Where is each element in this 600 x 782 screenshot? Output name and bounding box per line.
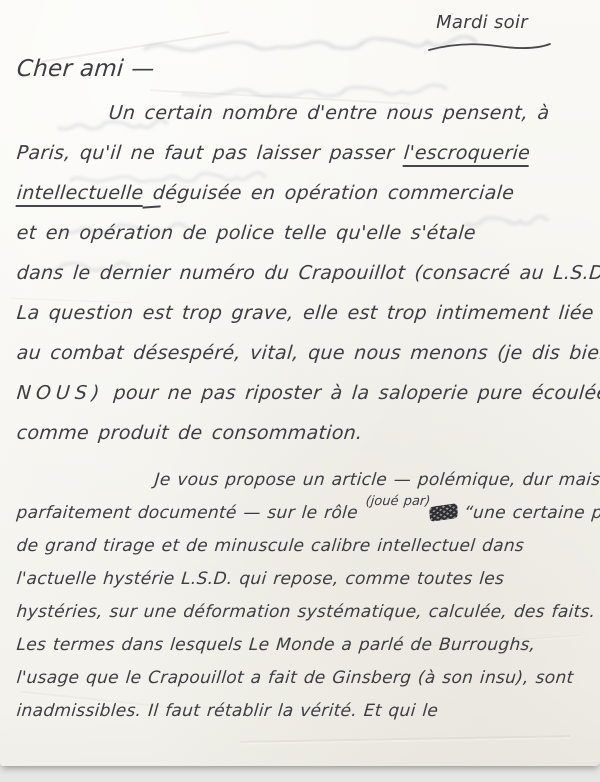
letter-paper-sheet: Mardi soir Cher ami — Un certain nombre … [0,0,600,766]
handwritten-line: hystéries, sur une déformation systémati… [15,602,598,635]
handwritten-line: NOUS) pour ne pas riposter à la saloperi… [14,382,597,422]
handwritten-line: Paris, qu'il ne faut pas laisser passer … [14,142,597,182]
handwritten-line: Les termes dans lesquels Le Monde a parl… [15,635,598,668]
handwritten-line: comme produit de consommation. [14,422,597,462]
handwritten-text: déguisée en opération commerciale [143,182,516,204]
date-underline-flourish [427,38,552,52]
handwritten-line: Je vous propose un article — polémique, … [15,470,598,503]
handwritten-line: intellectuelle déguisée en opération com… [14,182,597,222]
letter-body: Cher ami — Un certain nombre d'entre nou… [16,56,596,734]
handwritten-text: La question est trop grave, elle est tro… [16,302,595,324]
handwritten-text: dans le dernier numéro du Crapouillot (c… [16,262,600,284]
handwritten-line: au combat désespéré, vital, que nous men… [14,342,597,382]
handwritten-text: comme produit de consommation. [16,422,364,444]
handwritten-line: l'actuelle hystérie L.S.D. qui repose, c… [15,569,598,602]
handwritten-text: de grand tirage et de minuscule calibre … [16,536,525,556]
handwritten-text: l'escroquerie [403,142,532,167]
handwritten-text: et en opération de police telle qu'elle … [16,222,477,244]
handwritten-line: dans le dernier numéro du Crapouillot (c… [14,262,597,302]
handwritten-text: au combat désespéré, vital, que nous men… [16,342,600,364]
handwritten-text: Un certain nombre d'entre nous pensent, … [108,102,551,124]
handwritten-line: de grand tirage et de minuscule calibre … [15,536,598,569]
handwritten-text: intellectuelle [16,182,145,207]
handwritten-text: Je vous propose un article — polémique, … [154,470,600,490]
salutation: Cher ami — [14,56,598,102]
handwritten-text: hystéries, sur une déformation systémati… [16,602,597,622]
handwritten-line: et en opération de police telle qu'elle … [14,222,597,262]
handwritten-line: parfaitement documenté — sur le rôle (jo… [15,503,598,536]
handwritten-text: Paris, qu'il ne faut pas laisser passer [16,142,405,164]
handwritten-text: inadmissibles. Il faut rétablir la vérit… [16,701,439,721]
scanned-letter-page: { "document": { "kind": "handwritten let… [0,0,600,782]
handwritten-line: Un certain nombre d'entre nous pensent, … [14,102,597,142]
handwritten-line: La question est trop grave, elle est tro… [14,302,597,342]
handwritten-line: l'usage que le Crapouillot a fait de Gin… [15,668,598,701]
handwritten-text: l'actuelle hystérie L.S.D. qui repose, c… [16,569,505,589]
handwritten-text: “une certaine presse” [456,503,600,523]
scribbled-out-word [429,503,458,522]
handwritten-text: NOUS) [16,382,105,404]
date-note: Mardi soir [436,12,528,33]
inserted-correction-text: (joué par) [365,494,431,509]
handwritten-text: parfaitement documenté — sur le rôle [16,503,366,523]
paper-crease [240,735,570,743]
handwritten-text: l'usage que le Crapouillot a fait de Gin… [16,668,575,688]
handwritten-line: inadmissibles. Il faut rétablir la vérit… [15,701,598,734]
handwritten-text: Les termes dans lesquels Le Monde a parl… [16,635,537,655]
handwritten-text: pour ne pas riposter à la saloperie pure… [103,382,600,404]
